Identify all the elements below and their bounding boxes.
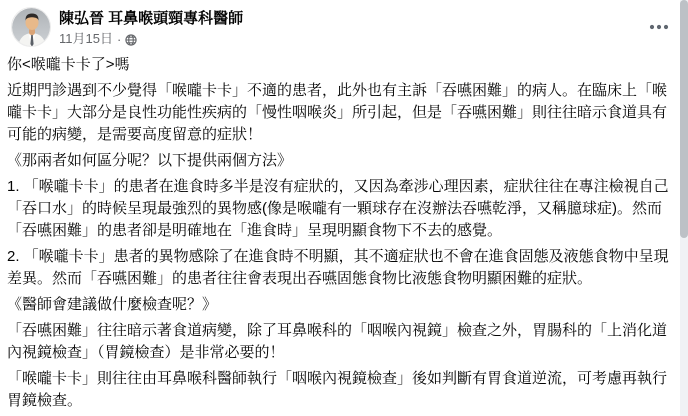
post-title-line: 你<喉嚨卡卡了>嗎 <box>7 54 681 76</box>
facebook-post-card: 陳弘晉 耳鼻喉頭頸專科醫師 11月15日 · <box>0 0 688 416</box>
avatar[interactable] <box>11 7 51 47</box>
author-name[interactable]: 陳弘晉 耳鼻喉頭頸專科醫師 <box>59 9 243 29</box>
post-meta: 11月15日 · <box>59 31 243 47</box>
timestamp[interactable]: 11月15日 <box>59 31 113 47</box>
post-paragraph: 1. 「喉嚨卡卡」的患者在進食時多半是沒有症狀的，又因為牽涉心理因素，症狀往往在… <box>7 176 681 242</box>
post-paragraph: 近期門診遇到不少覺得「喉嚨卡卡」不適的患者，此外也有主訴「吞嚥困難」的病人。在臨… <box>7 80 681 146</box>
post-paragraph: 「吞嚥困難」往往暗示著食道病變，除了耳鼻喉科的「咽喉內視鏡」檢查之外，胃腸科的「… <box>7 320 681 364</box>
header-text: 陳弘晉 耳鼻喉頭頸專科醫師 11月15日 · <box>59 7 243 47</box>
more-horizontal-icon <box>649 24 669 30</box>
meta-separator: · <box>117 32 121 47</box>
post-paragraph: 2. 「喉嚨卡卡」患者的異物感除了在進食時不明顯，其不適症狀也不會在進食固態及液… <box>7 246 681 290</box>
post-header: 陳弘晉 耳鼻喉頭頸專科醫師 11月15日 · <box>11 7 243 47</box>
post-body: 你<喉嚨卡卡了>嗎 近期門診遇到不少覺得「喉嚨卡卡」不適的患者，此外也有主訴「吞… <box>7 54 681 416</box>
post-section-heading: 《醫師會建議做什麼檢查呢？》 <box>7 294 681 316</box>
scrollbar-thumb[interactable] <box>680 0 688 238</box>
avatar-image <box>12 8 51 47</box>
post-section-heading: 《那兩者如何區分呢？以下提供兩個方法》 <box>7 150 681 172</box>
scrollbar[interactable] <box>680 0 688 416</box>
more-options-button[interactable] <box>641 9 677 45</box>
post-paragraph: 「喉嚨卡卡」則往往由耳鼻喉科醫師執行「咽喉內視鏡檢查」後如判斷有胃食道逆流，可考… <box>7 368 681 412</box>
globe-icon <box>125 33 137 45</box>
